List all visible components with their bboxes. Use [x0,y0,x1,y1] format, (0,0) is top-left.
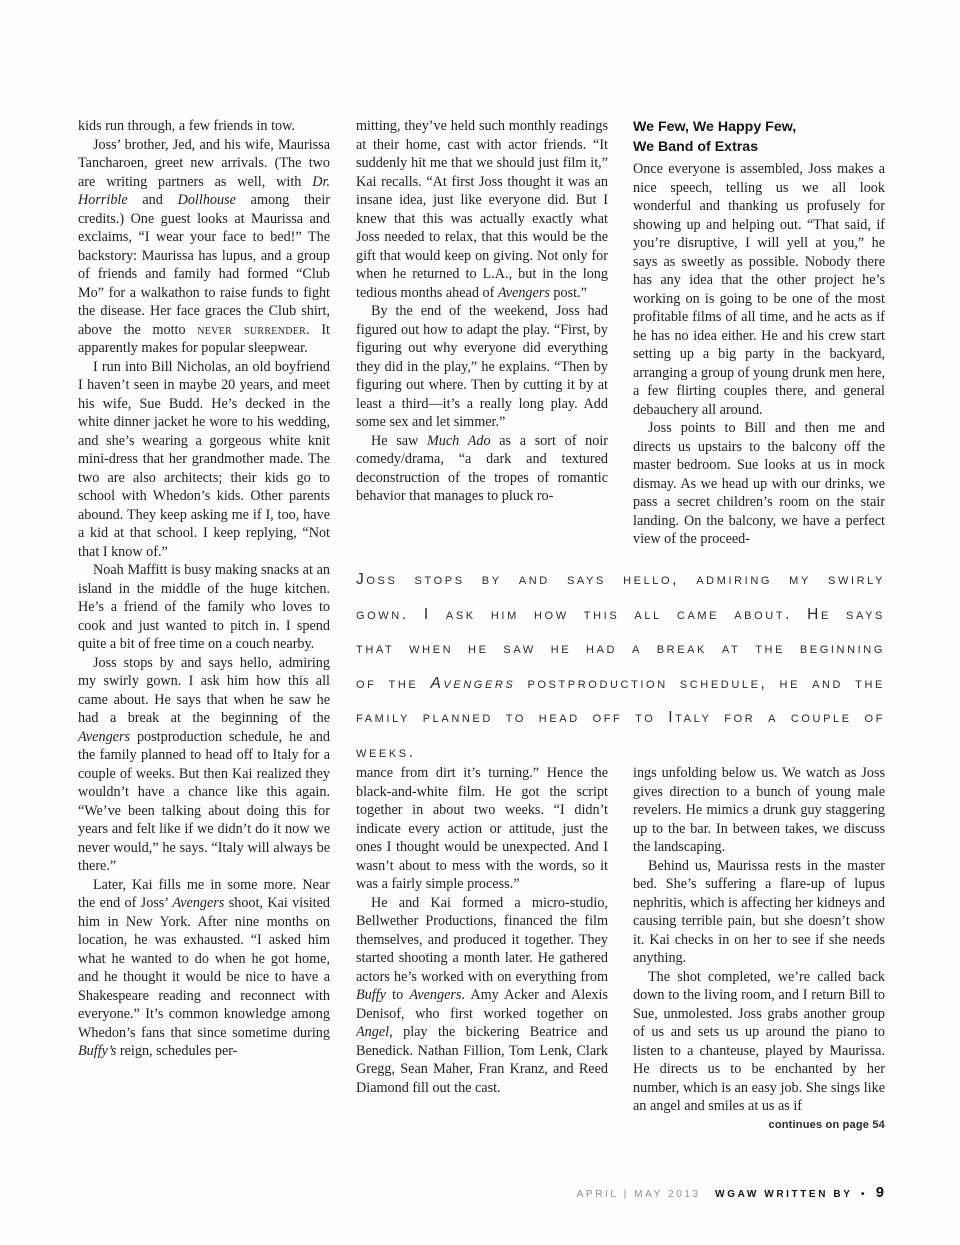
paragraph: Joss’ brother, Jed, and his wife, Mauris… [78,136,330,358]
paragraph: By the end of the weekend, Joss had figu… [356,302,608,432]
paragraph: He and Kai formed a micro-studio, Bellwe… [356,894,608,1098]
page-number: 9 [876,1185,884,1201]
section-text-block: Once everyone is assembled, Joss makes a… [633,160,885,549]
paragraph: Once everyone is assembled, Joss makes a… [633,160,885,419]
issue-date: APRIL | MAY 2013 [577,1189,701,1200]
paragraph: mitting, they’ve held such monthly readi… [356,117,608,302]
section-heading-line-1: We Few, We Happy Few, [633,118,885,138]
paragraph: The shot completed, we’re called back do… [633,968,885,1116]
continues-notice: continues on page 54 [633,1116,885,1134]
paragraph: ings unfolding below us. We watch as Jos… [633,764,885,857]
page-footer: APRIL | MAY 2013 WGAW WRITTEN BY • 9 [78,1184,884,1202]
footer-bullet-icon: • [861,1189,865,1200]
magazine-page: kids run through, a few friends in tow.J… [0,0,960,1245]
paragraph: Later, Kai fills me in some more. Near t… [78,876,330,1061]
column-1: kids run through, a few friends in tow.J… [78,117,330,1061]
pull-quote: Joss stops by and says hello, admiring m… [356,563,885,770]
paragraph: Joss points to Bill and then me and dire… [633,419,885,549]
section-heading-line-2: We Band of Extras [633,138,885,158]
paragraph: I run into Bill Nicholas, an old boyfrie… [78,358,330,562]
paragraph: He saw Much Ado as a sort of noir comedy… [356,432,608,506]
section-heading: We Few, We Happy Few, We Band of Extras [633,118,885,157]
section-text-block: ings unfolding below us. We watch as Jos… [633,764,885,1116]
column-3-bottom: ings unfolding below us. We watch as Jos… [633,764,885,1134]
paragraph: kids run through, a few friends in tow. [78,117,330,136]
column-3-top: We Few, We Happy Few, We Band of Extras … [633,117,885,559]
magazine-name: WGAW WRITTEN BY [715,1189,852,1200]
column-2-top: mitting, they’ve held such monthly readi… [356,117,608,559]
paragraph: Noah Maffitt is busy making snacks at an… [78,561,330,654]
column-2-bottom: mance from dirt it’s turning.” Hence the… [356,764,608,1162]
paragraph: Behind us, Maurissa rests in the master … [633,857,885,968]
paragraph: mance from dirt it’s turning.” Hence the… [356,764,608,894]
paragraph: Joss stops by and says hello, admiring m… [78,654,330,876]
